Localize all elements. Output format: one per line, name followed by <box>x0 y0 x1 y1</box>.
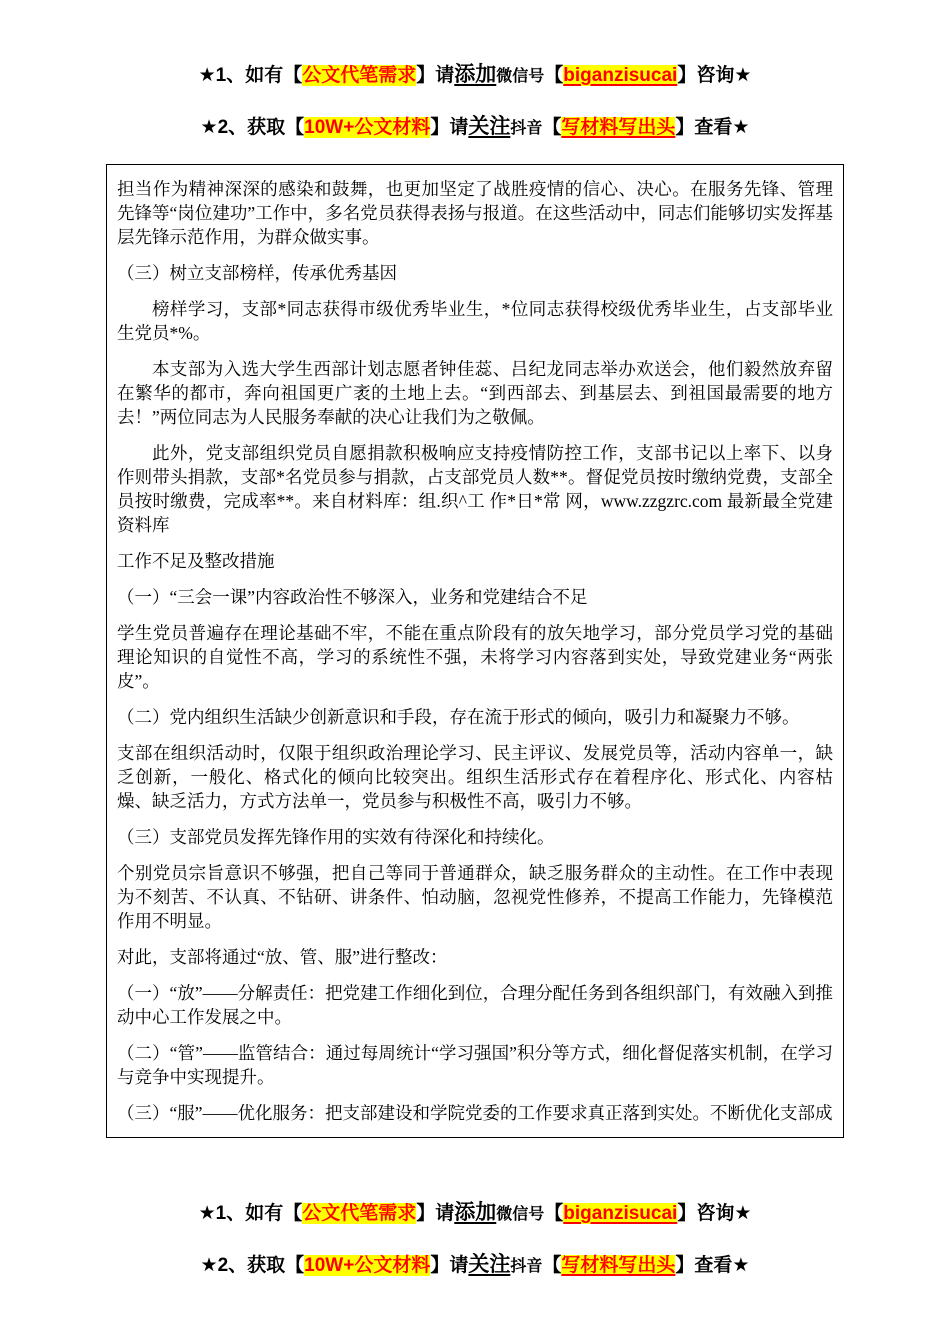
star-prefix: ★2、获取【 <box>201 1255 305 1276</box>
paragraph: 支部在组织活动时，仅限于组织政治理论学习、民主评议、发展党员等，活动内容单一，缺… <box>117 741 833 813</box>
star-suffix: 】查看★ <box>675 117 749 138</box>
underline-add: 添加 <box>454 1201 496 1224</box>
wechat-label: 微信号 <box>496 68 544 85</box>
paragraph: （三）支部党员发挥先锋作用的实效有待深化和持续化。 <box>117 825 833 849</box>
promo-line-1: ★1、如有【公文代笔需求】请添加微信号【biganzisucai】咨询★ <box>0 60 950 92</box>
highlight-materials: 10W+公文材料 <box>304 1255 430 1276</box>
paragraph: （二）党内组织生活缺少创新意识和手段，存在流于形式的倾向，吸引力和凝聚力不够。 <box>117 705 833 729</box>
paragraph: 工作不足及整改措施 <box>117 549 833 573</box>
highlight-materials: 10W+公文材料 <box>304 117 430 138</box>
promo-banner-bottom: ★1、如有【公文代笔需求】请添加微信号【biganzisucai】咨询★★2、获… <box>0 1198 950 1282</box>
highlight-service-need: 公文代笔需求 <box>302 1203 416 1224</box>
star-suffix: 】咨询★ <box>677 1203 751 1224</box>
paragraph: （一）“三会一课”内容政治性不够深入，业务和党建结合不足 <box>117 585 833 609</box>
document-body-box: 担当作为精神深深的感染和鼓舞，也更加坚定了战胜疫情的信心、决心。在服务先锋、管理… <box>106 164 844 1138</box>
underline-follow: 关注 <box>468 115 510 138</box>
star-suffix: 】咨询★ <box>677 65 751 86</box>
bracket-please: 】请 <box>416 65 454 86</box>
bracket-open: 【 <box>542 1255 561 1276</box>
promo-line-2: ★2、获取【10W+公文材料】请关注抖音【写材料写出头】查看★ <box>0 112 950 144</box>
wechat-label: 微信号 <box>496 1206 544 1223</box>
paragraph: 本支部为入选大学生西部计划志愿者钟佳蕊、吕纪龙同志举办欢送会，他们毅然放弃留在繁… <box>117 357 833 429</box>
bracket-please: 】请 <box>416 1203 454 1224</box>
paragraph: （一）“放”——分解责任：把党建工作细化到位，合理分配任务到各组织部门，有效融入… <box>117 981 833 1029</box>
paragraph: 个别党员宗旨意识不够强，把自己等同于普通群众，缺乏服务群众的主动性。在工作中表现… <box>117 861 833 933</box>
highlight-wechat-id: biganzisucai <box>563 1203 677 1224</box>
highlight-douyin-id: 写材料写出头 <box>561 117 675 138</box>
bracket-open: 【 <box>544 65 563 86</box>
promo-banner-top: ★1、如有【公文代笔需求】请添加微信号【biganzisucai】咨询★★2、获… <box>0 60 950 144</box>
star-prefix: ★1、如有【 <box>199 1203 303 1224</box>
underline-add: 添加 <box>454 63 496 86</box>
bracket-open: 【 <box>544 1203 563 1224</box>
douyin-label: 抖音 <box>510 120 542 137</box>
paragraph: 对此，支部将通过“放、管、服”进行整改： <box>117 945 833 969</box>
star-suffix: 】查看★ <box>675 1255 749 1276</box>
underline-follow: 关注 <box>468 1253 510 1276</box>
paragraph: 学生党员普遍存在理论基础不牢，不能在重点阶段有的放矢地学习，部分党员学习党的基础… <box>117 621 833 693</box>
paragraph: （二）“管”——监管结合：通过每周统计“学习强国”积分等方式，细化督促落实机制，… <box>117 1041 833 1089</box>
paragraph: 此外，党支部组织党员自愿捐款积极响应支持疫情防控工作，支部书记以上率下、以身作则… <box>117 441 833 537</box>
bracket-open: 【 <box>542 117 561 138</box>
promo-line-1: ★1、如有【公文代笔需求】请添加微信号【biganzisucai】咨询★ <box>0 1198 950 1230</box>
paragraph: 担当作为精神深深的感染和鼓舞，也更加坚定了战胜疫情的信心、决心。在服务先锋、管理… <box>117 177 833 249</box>
paragraph: 榜样学习，支部*同志获得市级优秀毕业生，*位同志获得校级优秀毕业生，占支部毕业生… <box>117 297 833 345</box>
document-page: ★1、如有【公文代笔需求】请添加微信号【biganzisucai】咨询★★2、获… <box>0 0 950 1344</box>
star-prefix: ★1、如有【 <box>199 65 303 86</box>
paragraph: （三）树立支部榜样，传承优秀基因 <box>117 261 833 285</box>
bracket-please: 】请 <box>430 117 468 138</box>
highlight-wechat-id: biganzisucai <box>563 65 677 86</box>
highlight-service-need: 公文代笔需求 <box>302 65 416 86</box>
paragraph: （三）“服”——优化服务：把支部建设和学院党委的工作要求真正落到实处。不断优化支… <box>117 1101 833 1125</box>
star-prefix: ★2、获取【 <box>201 117 305 138</box>
promo-line-2: ★2、获取【10W+公文材料】请关注抖音【写材料写出头】查看★ <box>0 1250 950 1282</box>
douyin-label: 抖音 <box>510 1258 542 1275</box>
highlight-douyin-id: 写材料写出头 <box>561 1255 675 1276</box>
bracket-please: 】请 <box>430 1255 468 1276</box>
